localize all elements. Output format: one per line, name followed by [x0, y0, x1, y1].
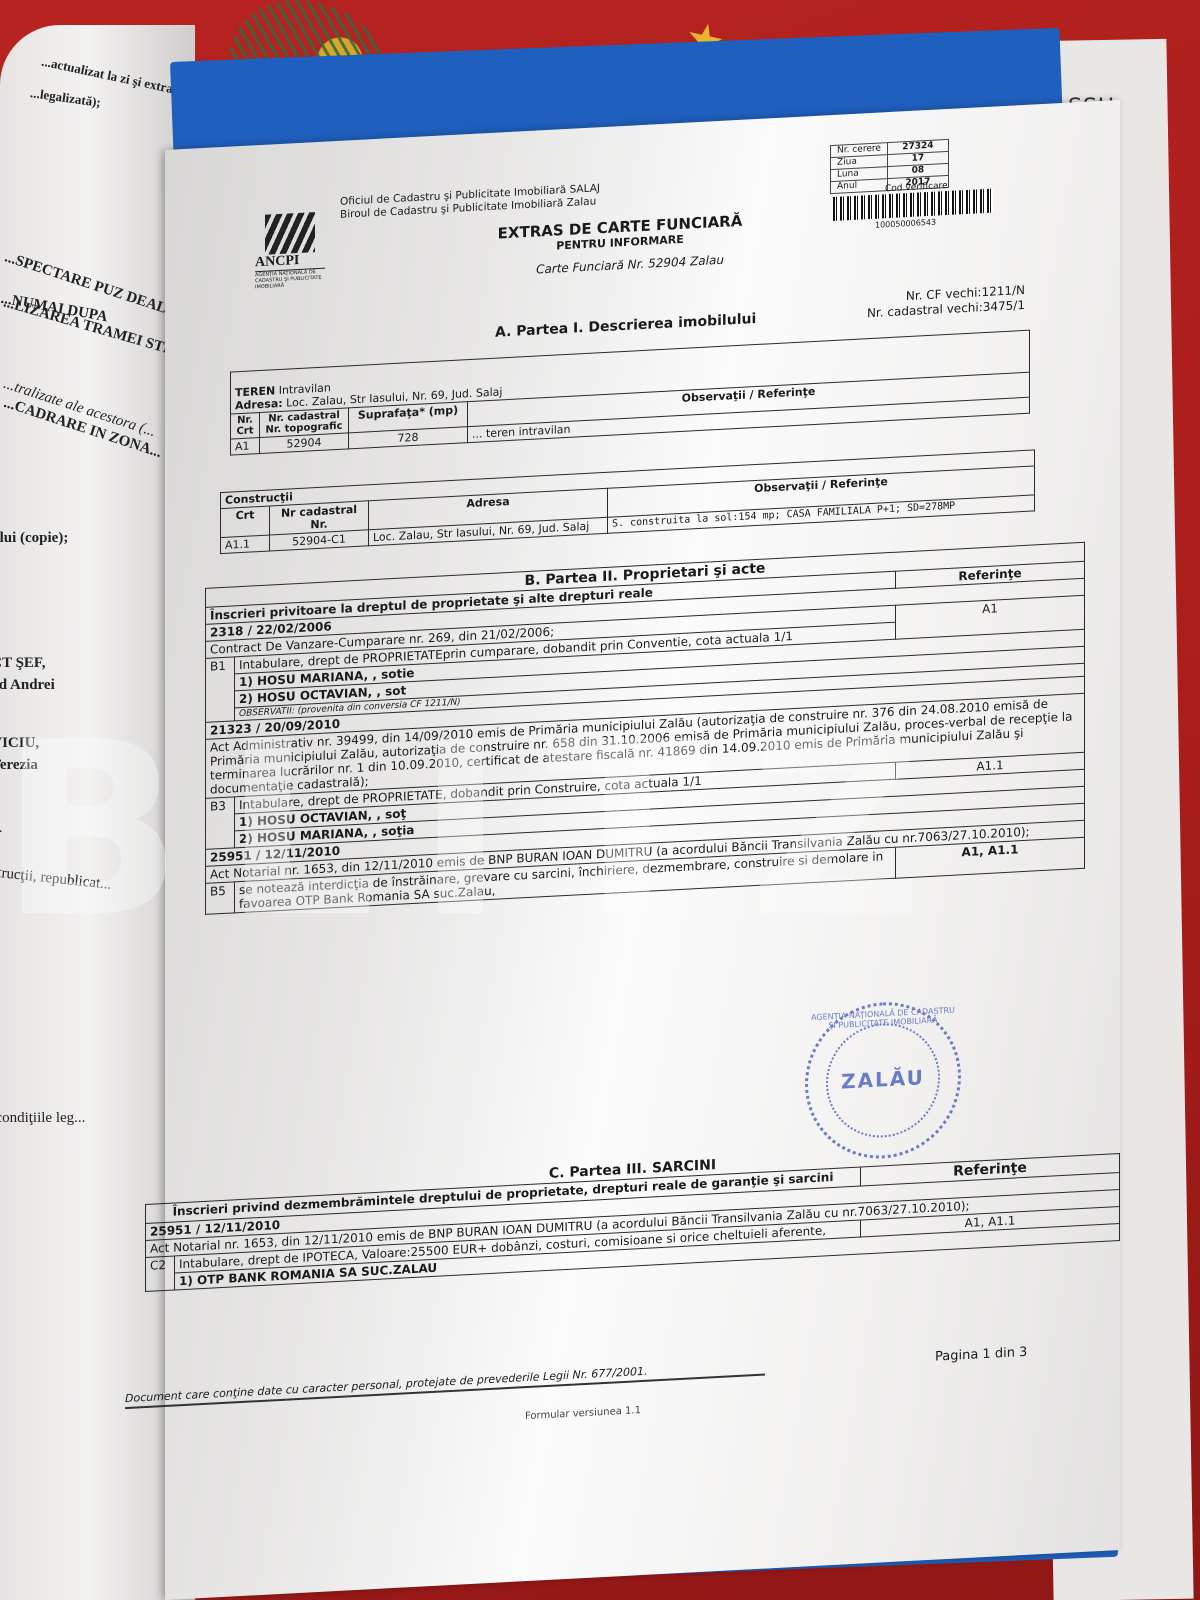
land-registry-extract-page: ANCPI AGENŢIA NAŢIONALĂ DE CADASTRU ŞI P…: [165, 100, 1120, 1600]
carte-funciara-number: Carte Funciară Nr. 52904 Zalau: [495, 251, 765, 279]
part-c-table: C. Partea III. SARCINI Înscrieri privind…: [145, 1135, 1120, 1292]
logo-mark-icon: [265, 212, 315, 255]
part-b-table: B. Partea II. Proprietari şi acte Înscri…: [205, 542, 1085, 915]
barcode-number: 100050006543: [875, 218, 936, 230]
book-line: ...ad Andrei: [0, 677, 55, 694]
teren-table: TEREN Intravilan Adresa: Loc. Zalau, Str…: [230, 330, 1030, 456]
book-line: ...ului (copie);: [0, 530, 68, 547]
page-number: Pagina 1 din 3: [935, 1345, 1027, 1365]
ancpi-logo: ANCPI AGENŢIA NAŢIONALĂ DE CADASTRU ŞI P…: [255, 212, 325, 291]
book-line: ...strucţii, republicat...: [0, 863, 112, 894]
old-cf-numbers: Nr. CF vechi:1211/N Nr. cadastral vechi:…: [815, 283, 1025, 324]
book-line: ...Terezia: [0, 757, 38, 774]
book-line: ...legalizată);: [29, 85, 102, 111]
book-line: ...CT ŞEF,: [0, 655, 45, 672]
official-stamp: AGENŢIA NAŢIONALĂ DE CADASTRU ŞI PUBLICI…: [805, 998, 961, 1162]
form-version: Formular versiunea 1.1: [525, 1405, 641, 1422]
constructii-table: Construcţii Crt Nr cadastral Nr. Adresa …: [220, 449, 1035, 554]
book-line: ...VICIU,: [0, 735, 39, 752]
book-line: în condiţiile leg...: [0, 1110, 85, 1127]
personal-data-note: Document care conţine date cu caracter p…: [125, 1359, 765, 1410]
book-line: ......: [0, 820, 3, 837]
part-a-title: A. Partea I. Descrierea imobilului: [495, 311, 756, 341]
office-header: Oficiul de Cadastru şi Publicitate Imobi…: [340, 182, 600, 222]
barcode-icon: [833, 189, 993, 221]
